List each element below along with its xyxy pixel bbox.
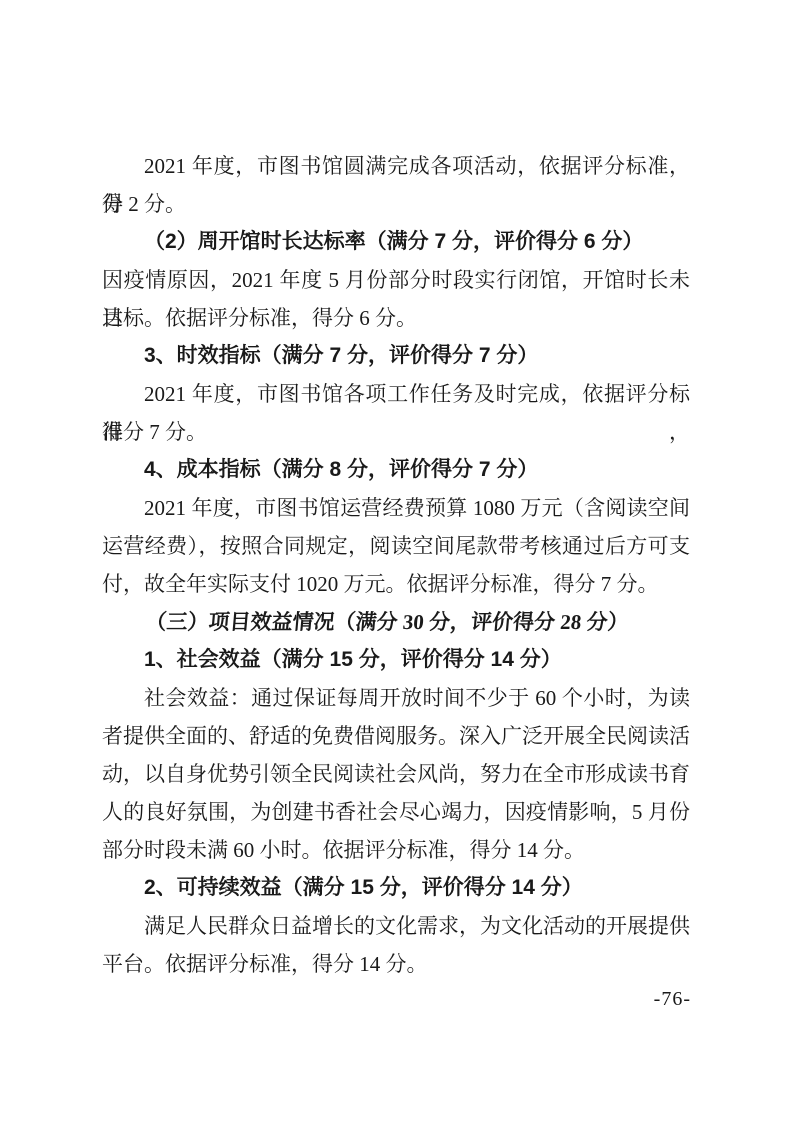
text-line: 付，故全年实际支付 1020 万元。依据评分标准，得分 7 分。 [102, 565, 690, 603]
text-line: 部分时段未满 60 小时。依据评分标准，得分 14 分。 [102, 831, 690, 869]
text-line: 2021 年度，市图书馆运营经费预算 1080 万元（含阅读空间 [102, 489, 690, 527]
text-line: 动，以自身优势引领全民阅读社会风尚，努力在全市形成读书育 [102, 755, 690, 793]
text-line: 2021 年度，市图书馆圆满完成各项活动，依据评分标准，得 [102, 147, 690, 185]
text-line: 人的良好氛围，为创建书香社会尽心竭力，因疫情影响，5 月份 [102, 793, 690, 831]
heading-line: 1、社会效益（满分 15 分，评价得分 14 分） [102, 641, 690, 679]
text-line: 因疫情原因，2021 年度 5 月份部分时段实行闭馆，开馆时长未达 [102, 261, 690, 299]
text-line: 分 2 分。 [102, 185, 690, 223]
text-line: 平台。依据评分标准，得分 14 分。 [102, 945, 690, 983]
text-line: 者提供全面的、舒适的免费借阅服务。深入广泛开展全民阅读活 [102, 717, 690, 755]
heading-line: 3、时效指标（满分 7 分，评价得分 7 分） [102, 337, 690, 375]
document-content: 2021 年度，市图书馆圆满完成各项活动，依据评分标准，得分 2 分。（2）周开… [102, 147, 690, 983]
text-line: 社会效益：通过保证每周开放时间不少于 60 个小时，为读 [102, 679, 690, 717]
heading-line: （三）项目效益情况（满分 30 分，评价得分 28 分） [102, 603, 693, 641]
heading-line: 4、成本指标（满分 8 分，评价得分 7 分） [102, 451, 690, 489]
text-line: 2021 年度，市图书馆各项工作任务及时完成，依据评分标准， [102, 375, 690, 413]
page-number: -76- [0, 988, 691, 1011]
document-page: 2021 年度，市图书馆圆满完成各项活动，依据评分标准，得分 2 分。（2）周开… [0, 0, 793, 1122]
text-line: 目标。依据评分标准，得分 6 分。 [102, 299, 690, 337]
text-line: 满足人民群众日益增长的文化需求，为文化活动的开展提供 [102, 907, 690, 945]
heading-line: 2、可持续效益（满分 15 分，评价得分 14 分） [102, 869, 690, 907]
heading-line: （2）周开馆时长达标率（满分 7 分，评价得分 6 分） [102, 223, 690, 261]
text-line: 运营经费），按照合同规定，阅读空间尾款带考核通过后方可支 [102, 527, 690, 565]
